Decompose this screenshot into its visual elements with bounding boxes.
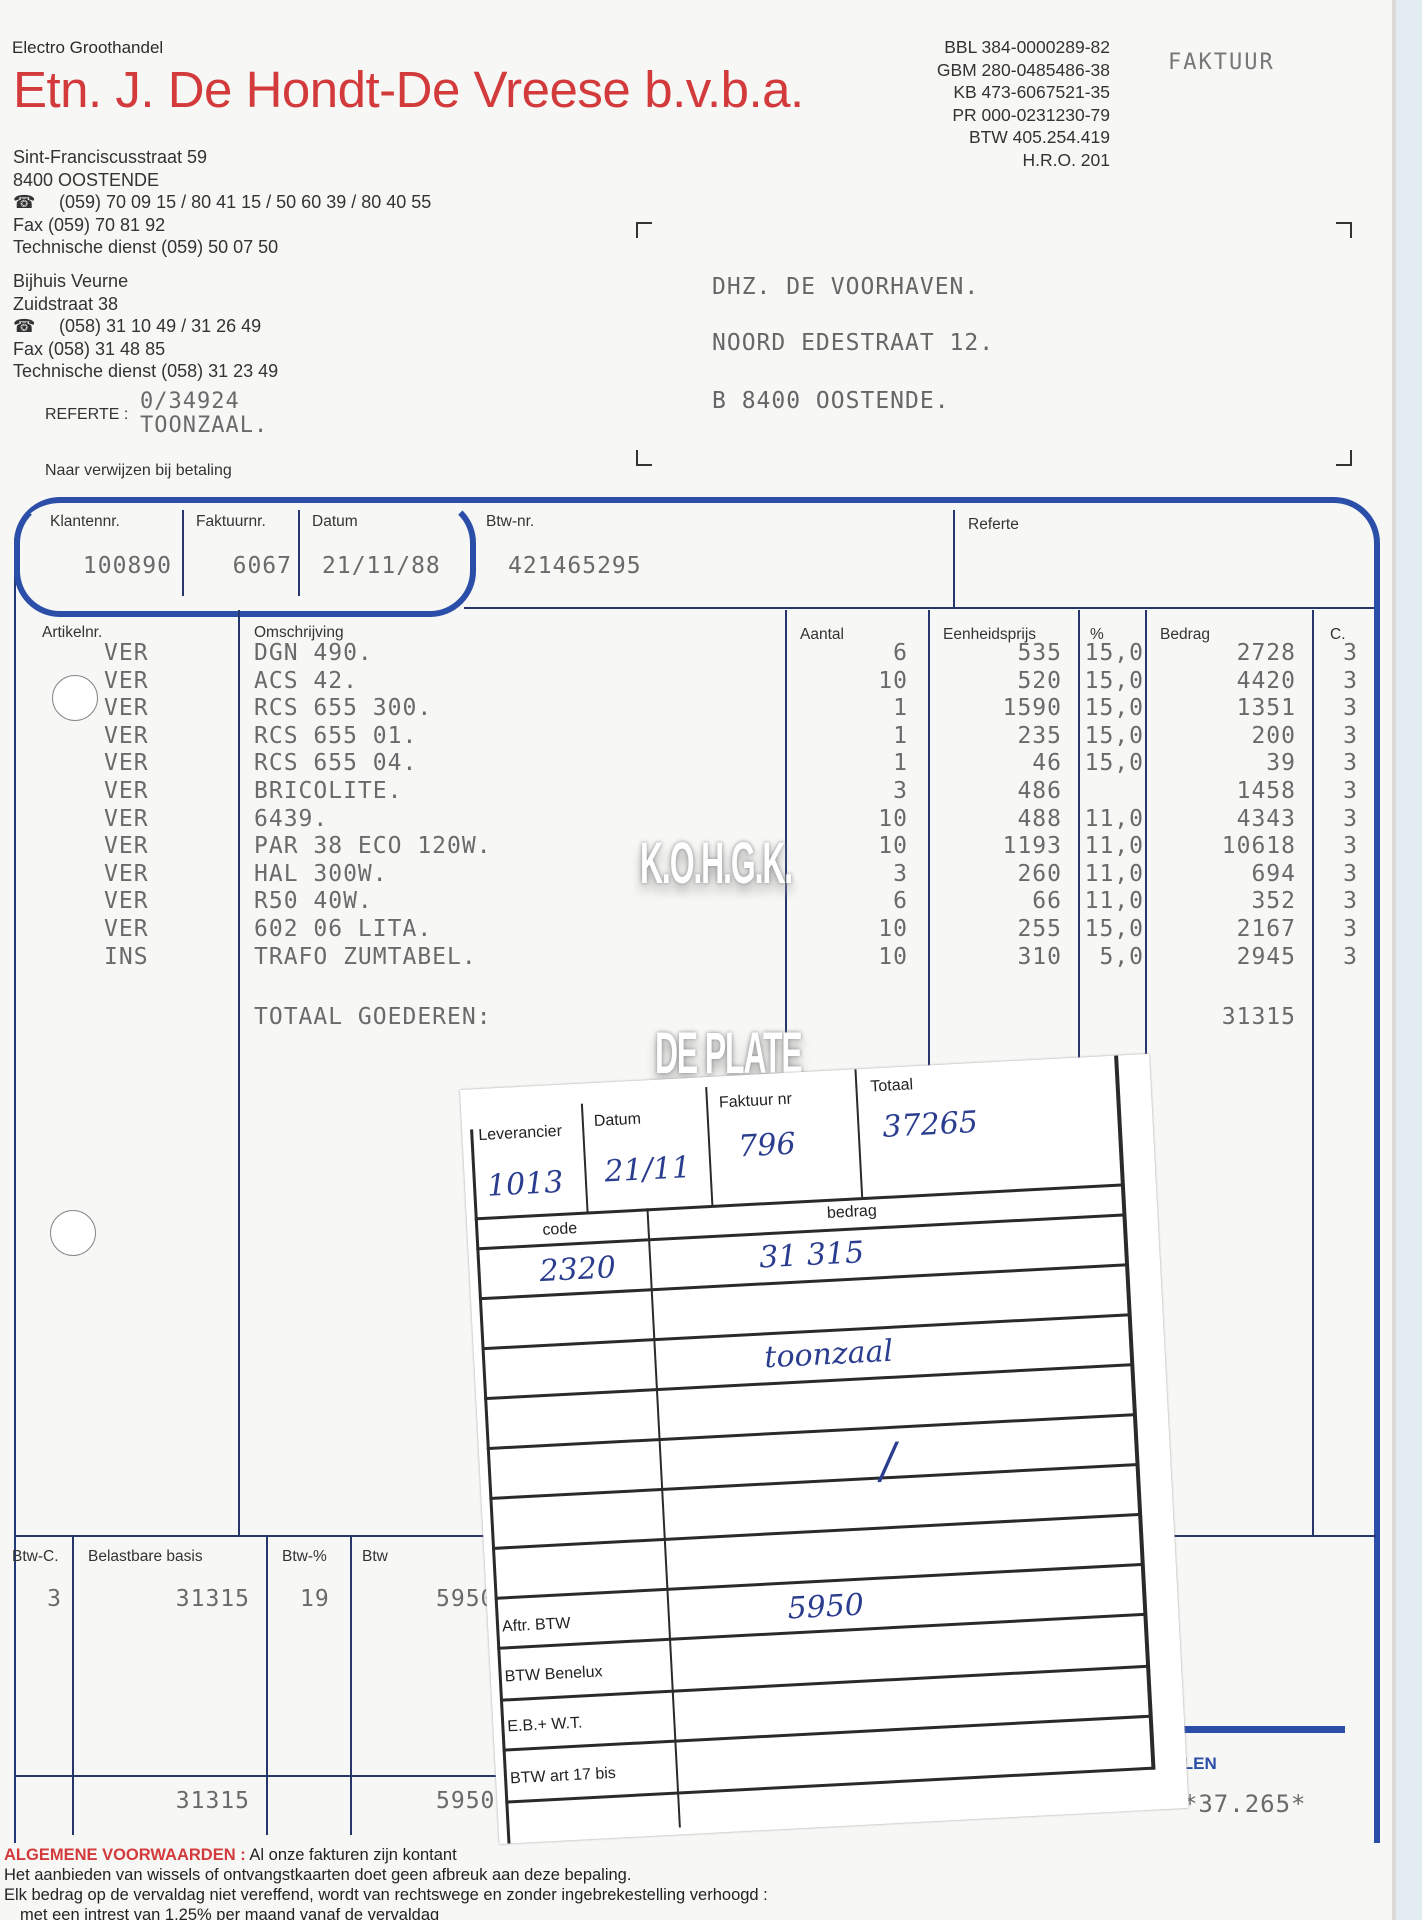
reference-note: Naar verwijzen bij betaling [45,462,232,480]
recipient-city: B 8400 OOSTENDE. [712,388,950,414]
cell-qty: 6 [800,640,908,666]
cell-amount: 2945 [1160,944,1296,970]
table-row: VERBRICOLITE.348614583 [0,778,1422,806]
cell-unit-price: 66 [940,888,1062,914]
slip-note-value: toonzaal [764,1334,894,1376]
cell-qty: 10 [800,916,908,942]
cell-article: VER [104,833,164,859]
cell-code: 3 [1318,668,1358,694]
cell-code: 3 [1318,778,1358,804]
cell-description: RCS 655 300. [254,695,754,721]
cell-unit-price: 1193 [940,833,1062,859]
slip-row-line [475,1183,1124,1220]
cell-amount: 2728 [1160,640,1296,666]
taxable-base: 31315 [100,1586,250,1612]
cell-code: 3 [1318,750,1358,776]
vat-code-header: Btw-C. [12,1548,59,1566]
cell-unit-price: 520 [940,668,1062,694]
slip-divider [854,1069,863,1197]
bank-line: BTW 405.254.419 [860,126,1110,149]
cell-code: 3 [1318,861,1358,887]
cell-description: BRICOLITE. [254,778,754,804]
slip-amount-label: bedrag [827,1202,878,1223]
slip-row-line [489,1463,1138,1500]
slip-divider [581,1104,589,1214]
col-divider [72,1535,74,1835]
slip-code-label: code [542,1220,578,1240]
vat-code: 3 [14,1586,62,1612]
company-legal-form: b.v.b.a. [644,61,803,118]
cell-pct: 5,0 [1078,944,1144,970]
branch-fax: Fax (058) 31 48 85 [13,338,278,361]
cell-unit-price: 535 [940,640,1062,666]
cell-amount: 10618 [1160,833,1296,859]
cell-pct: 11,0 [1078,888,1144,914]
cell-description: DGN 490. [254,640,754,666]
slip-divider [646,1208,680,1827]
terms-line4: met een intrest van 1,25% per maand vana… [20,1906,439,1920]
cell-qty: 3 [800,861,908,887]
main-office-address: Sint-Franciscusstraat 59 8400 OOSTENDE ☎… [13,146,431,259]
cell-description: RCS 655 01. [254,723,754,749]
booking-slip: Leverancier Datum Faktuur nr Totaal code… [460,1054,1189,1844]
cell-description: RCS 655 04. [254,750,754,776]
cell-code: 3 [1318,695,1358,721]
cell-code: 3 [1318,723,1358,749]
cell-unit-price: 260 [940,861,1062,887]
slip-total-label: Totaal [870,1076,914,1096]
divider [953,510,955,607]
cell-description: 602 06 LITA. [254,916,754,942]
slip-supplier-value: 1013 [486,1165,564,1204]
bank-line: PR 000-0231230-79 [860,104,1110,127]
vat-number-label: Btw-nr. [486,513,534,531]
cell-unit-price: 255 [940,916,1062,942]
table-row: VERACS 42.1052015,044203 [0,668,1422,696]
cell-qty: 6 [800,888,908,914]
slip-date-label: Datum [593,1111,641,1131]
cell-qty: 10 [800,833,908,859]
cell-article: VER [104,778,164,804]
phone-icon: ☎ [13,191,59,214]
cell-code: 3 [1318,916,1358,942]
cell-article: VER [104,916,164,942]
col-divider [350,1535,352,1835]
cell-amount: 200 [1160,723,1296,749]
total-goods-value: 31315 [1160,1004,1296,1030]
slip-row-line [492,1513,1141,1550]
reference-field-label: Referte [968,516,1019,534]
company-name: Etn. J. De Hondt-De Vreeseb.v.b.a. [13,60,804,119]
cell-description: TRAFO ZUMTABEL. [254,944,754,970]
reference-value: 0/34924 TOONZAAL. [140,390,268,438]
recipient-name: DHZ. DE VOORHAVEN. [712,274,979,300]
branch-address: Bijhuis Veurne Zuidstraat 38 ☎(058) 31 1… [13,270,278,383]
cell-article: VER [104,750,164,776]
bank-line: H.R.O. 201 [860,149,1110,172]
cell-article: VER [104,806,164,832]
cell-qty: 1 [800,723,908,749]
invoice-number-label: Faktuurnr. [196,513,266,531]
company-name-text: Etn. J. De Hondt-De Vreese [13,61,630,118]
cell-article: VER [104,668,164,694]
cell-amount: 2167 [1160,916,1296,942]
cell-unit-price: 310 [940,944,1062,970]
cell-article: VER [104,861,164,887]
slip-art17-label: BTW art 17 bis [510,1765,617,1789]
divider [182,510,184,596]
terms-line2: Het aanbieden van wissels of ontvangstka… [4,1866,631,1885]
cell-article: INS [104,944,164,970]
main-tech: Technische dienst (059) 50 07 50 [13,236,431,259]
divider [14,1775,504,1777]
slip-eb-wt-label: E.B.+ W.T. [507,1714,583,1736]
cell-article: VER [104,695,164,721]
cell-pct: 15,0 [1078,695,1144,721]
cell-pct: 15,0 [1078,723,1144,749]
table-row: VER602 06 LITA.1025515,021673 [0,916,1422,944]
cell-code: 3 [1318,806,1358,832]
stamp-line1: K.O.H.G.K. [640,830,792,897]
cell-amount: 4343 [1160,806,1296,832]
terms-line1: ALGEMENE VOORWAARDEN : Al onze fakturen … [4,1846,457,1865]
cell-unit-price: 1590 [940,695,1062,721]
slip-row-line [503,1715,1152,1752]
bank-accounts: BBL 384-0000289-82 GBM 280-0485486-38 KB… [860,36,1110,171]
cell-article: VER [104,888,164,914]
punch-hole [52,675,98,721]
cell-description: ACS 42. [254,668,754,694]
slip-divider [705,1087,713,1207]
table-row: VERRCS 655 01.123515,02003 [0,723,1422,751]
cell-pct: 15,0 [1078,640,1144,666]
table-row: VERDGN 490.653515,027283 [0,640,1422,668]
vat-pct: 19 [300,1586,330,1612]
recipient-street: NOORD EDESTRAAT 12. [712,330,994,356]
vat-number: 421465295 [508,553,642,579]
main-phone-numbers: (059) 70 09 15 / 80 41 15 / 50 60 39 / 8… [59,192,431,212]
terms-line3: Elk bedrag op de vervaldag niet vereffen… [4,1886,768,1905]
terms-title: ALGEMENE VOORWAARDEN : [4,1846,246,1864]
bank-line: GBM 280-0485486-38 [860,59,1110,82]
document-title: FAKTUUR [1168,50,1275,75]
slip-row-line [487,1413,1136,1450]
branch-phone: ☎(058) 31 10 49 / 31 26 49 [13,315,278,338]
slip-deductible-vat-value: 5950 [787,1588,865,1627]
cell-pct: 11,0 [1078,806,1144,832]
slip-code-value: 2320 [539,1250,617,1289]
cell-code: 3 [1318,888,1358,914]
total-goods-label: TOTAAL GOEDEREN: [254,1004,492,1030]
cell-pct: 11,0 [1078,861,1144,887]
bank-line: KB 473-6067521-35 [860,81,1110,104]
cell-article: VER [104,640,164,666]
vat-pct-header: Btw-% [282,1548,327,1566]
cell-amount: 1351 [1160,695,1296,721]
main-city: 8400 OOSTENDE [13,169,431,192]
cell-qty: 10 [800,944,908,970]
cell-qty: 3 [800,778,908,804]
branch-phone-numbers: (058) 31 10 49 / 31 26 49 [59,316,261,336]
reference-line2: TOONZAAL. [140,414,268,438]
cell-unit-price: 486 [940,778,1062,804]
bank-line: BBL 384-0000289-82 [860,36,1110,59]
cell-amount: 694 [1160,861,1296,887]
divider [464,607,1374,609]
table-row: INSTRAFO ZUMTABEL.103105,029453 [0,944,1422,972]
cell-pct: 15,0 [1078,916,1144,942]
slip-benelux-vat-label: BTW Benelux [504,1663,603,1686]
cell-unit-price: 235 [940,723,1062,749]
cell-unit-price: 46 [940,750,1062,776]
main-phone: ☎(059) 70 09 15 / 80 41 15 / 50 60 39 / … [13,191,431,214]
cell-code: 3 [1318,944,1358,970]
slip-invoice-value: 796 [737,1127,796,1165]
divider [298,510,300,596]
reference-line1: 0/34924 [140,390,268,414]
vat-header: Btw [362,1548,388,1566]
cell-qty: 1 [800,750,908,776]
window-corner-bl [636,450,652,466]
invoice-date: 21/11/88 [322,553,441,579]
table-row: VERRCS 655 300.1159015,013513 [0,695,1422,723]
cell-amount: 4420 [1160,668,1296,694]
slip-total-value: 37265 [882,1105,979,1145]
punch-hole [50,1210,96,1256]
cell-description: 6439. [254,806,754,832]
phone-icon: ☎ [13,315,59,338]
table-row: VERRCS 655 04.14615,0393 [0,750,1422,778]
main-fax: Fax (059) 70 81 92 [13,214,431,237]
col-divider [266,1535,268,1835]
taxable-base-total: 31315 [100,1788,250,1814]
window-corner-br [1336,450,1352,466]
cell-qty: 10 [800,806,908,832]
cell-amount: 352 [1160,888,1296,914]
cell-pct: 15,0 [1078,750,1144,776]
customer-number: 100890 [60,553,172,579]
cell-article: VER [104,723,164,749]
slip-date-value: 21/11 [604,1150,692,1189]
cell-code: 3 [1318,640,1358,666]
window-corner-tr [1336,222,1352,238]
slip-deductible-vat-label: Aftr. BTW [502,1615,571,1637]
reference-label: REFERTE : [45,406,128,424]
branch-tech: Technische dienst (058) 31 23 49 [13,360,278,383]
cell-amount: 39 [1160,750,1296,776]
cell-qty: 1 [800,695,908,721]
customer-number-label: Klantennr. [50,513,120,531]
slip-supplier-label: Leverancier [478,1123,562,1145]
slip-invoice-label: Faktuur nr [719,1091,793,1113]
branch-name: Bijhuis Veurne [13,270,278,293]
cell-qty: 10 [800,668,908,694]
company-subtitle: Electro Groothandel [12,38,163,58]
slip-check-mark: / [879,1433,898,1490]
cell-pct: 15,0 [1078,668,1144,694]
date-label: Datum [312,513,358,531]
cell-code: 3 [1318,833,1358,859]
branch-street: Zuidstraat 38 [13,293,278,316]
main-street: Sint-Franciscusstraat 59 [13,146,431,169]
window-corner-tl [636,222,652,238]
cell-unit-price: 488 [940,806,1062,832]
invoice-number: 6067 [200,553,292,579]
taxable-base-header: Belastbare basis [88,1548,203,1566]
terms-text: Al onze fakturen zijn kontant [249,1846,456,1864]
cell-pct: 11,0 [1078,833,1144,859]
vat-total: 5950 [436,1788,495,1814]
cell-amount: 1458 [1160,778,1296,804]
slip-amount-value: 31 315 [758,1235,865,1275]
